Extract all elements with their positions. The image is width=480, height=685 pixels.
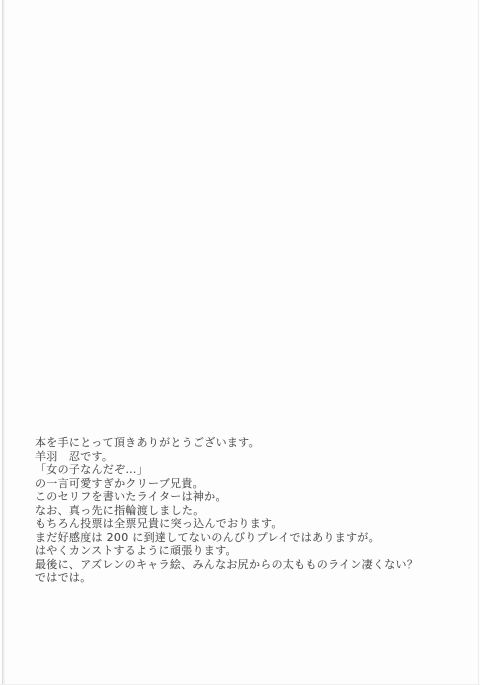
final-comment-line: 最後に、アズレンのキャラ絵、みんなお尻からの太もものライン凄くない？ (35, 558, 418, 571)
body-line-2: の一言可愛すぎかクリーブ兄貴。 (35, 477, 204, 490)
body-line-5: もちろん投票は全票兄貴に突っ込んでおります。 (35, 517, 283, 530)
body-line-6: まだ好感度は 200 に到達してないのんびりプレイではありますが。 (35, 531, 380, 544)
body-line-quote: 「女の子なんだぞ…」 (35, 463, 148, 476)
body-line-4: なお、真っ先に指輪渡しました。 (35, 504, 205, 517)
greeting-line-thanks: 本を手にとって頂きありがとうございます。 (35, 436, 260, 449)
signoff-paragraph: ではでは。 (35, 571, 455, 585)
body-line-7: はやくカンストするように頑張ります。 (35, 544, 237, 557)
afterword-text-block: 本を手にとって頂きありがとうございます。 羊羽 忍です。 「女の子なんだぞ…」 … (35, 436, 455, 585)
final-comment-paragraph: 最後に、アズレンのキャラ絵、みんなお尻からの太もものライン凄くない？ (35, 558, 455, 572)
scanned-page: 本を手にとって頂きありがとうございます。 羊羽 忍です。 「女の子なんだぞ…」 … (0, 0, 480, 685)
greeting-line-author-name: 羊羽 忍です。 (35, 450, 113, 463)
page-edge-left-shadow (3, 0, 5, 685)
greeting-paragraph: 本を手にとって頂きありがとうございます。 羊羽 忍です。 (35, 436, 455, 463)
page-edge-right-line (478, 0, 479, 685)
body-line-3: このセリフを書いたライターは神か。 (35, 490, 227, 503)
body-paragraph: 「女の子なんだぞ…」 の一言可愛すぎかクリーブ兄貴。 このセリフを書いたライター… (35, 463, 455, 558)
signoff-line: ではでは。 (35, 571, 92, 584)
